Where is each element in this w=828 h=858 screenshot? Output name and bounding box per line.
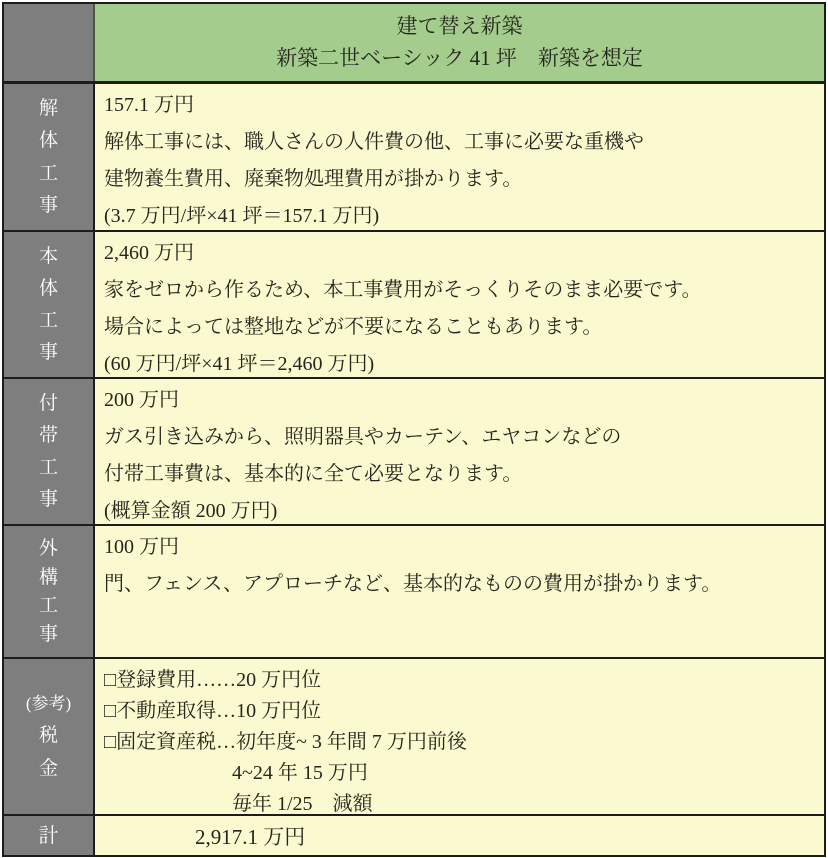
row-label-tax-reference: (参考)税金 [4, 659, 95, 814]
amount-incidental-work: 200 万円 [104, 382, 814, 419]
total-label-text: 計 [39, 826, 59, 846]
tax-item-list: □登録費用……20 万円位□不動産取得…10 万円位□固定資産税…初年度~ 3 … [104, 665, 814, 758]
row-label-demolition: 解体工事 [4, 84, 95, 230]
amount-main-construction: 2,460 万円 [104, 235, 814, 272]
table-row-incidental-work: 付帯工事 200 万円 ガス引き込みから、照明器具やカーテン、エヤコンなどの付帯… [4, 377, 824, 524]
amount-exterior-work: 100 万円 [104, 529, 814, 566]
row-content-tax-reference: □登録費用……20 万円位□不動産取得…10 万円位□固定資産税…初年度~ 3 … [95, 659, 824, 814]
total-amount: 2,917.1 万円 [95, 816, 824, 855]
table-row-total: 計 2,917.1 万円 [4, 814, 824, 855]
header-corner-cell [4, 4, 95, 81]
header-row: 建て替え新築 新築二世ベーシック 41 坪 新築を想定 [4, 4, 824, 82]
description-demolition: 解体工事には、職人さんの人件費の他、工事に必要な重機や建物養生費用、廃棄物処理費… [104, 124, 814, 235]
row-content-main-construction: 2,460 万円 家をゼロから作るため、本工事費用がそっくりそのまま必要です。場… [95, 232, 824, 377]
column-title: 建て替え新築 [95, 10, 824, 42]
table-row-main-construction: 本体工事 2,460 万円 家をゼロから作るため、本工事費用がそっくりそのまま必… [4, 230, 824, 377]
tax-sub-item-list: 4~24 年 15 万円毎年 1/25 減額 [232, 758, 814, 820]
row-content-demolition: 157.1 万円 解体工事には、職人さんの人件費の他、工事に必要な重機や建物養生… [95, 84, 824, 230]
description-main-construction: 家をゼロから作るため、本工事費用がそっくりそのまま必要です。場合によっては整地な… [104, 272, 814, 383]
row-label-exterior-work: 外構工事 [4, 526, 95, 657]
table-row-exterior-work: 外構工事 100 万円 門、フェンス、アプローチなど、基本的なものの費用が掛かり… [4, 524, 824, 657]
row-label-total: 計 [4, 816, 95, 855]
row-label-incidental-work: 付帯工事 [4, 379, 95, 524]
table-row-tax-reference: (参考)税金 □登録費用……20 万円位□不動産取得…10 万円位□固定資産税…… [4, 657, 824, 814]
description-exterior-work: 門、フェンス、アプローチなど、基本的なものの費用が掛かります。 [104, 566, 814, 603]
column-subtitle: 新築二世ベーシック 41 坪 新築を想定 [95, 42, 824, 74]
header-cell: 建て替え新築 新築二世ベーシック 41 坪 新築を想定 [95, 4, 824, 81]
rebuild-cost-table: 建て替え新築 新築二世ベーシック 41 坪 新築を想定 解体工事 157.1 万… [2, 2, 826, 857]
row-content-exterior-work: 100 万円 門、フェンス、アプローチなど、基本的なものの費用が掛かります。 [95, 526, 824, 657]
description-incidental-work: ガス引き込みから、照明器具やカーテン、エヤコンなどの付帯工事費は、基本的に全て必… [104, 419, 814, 530]
amount-demolition: 157.1 万円 [104, 87, 814, 124]
row-content-incidental-work: 200 万円 ガス引き込みから、照明器具やカーテン、エヤコンなどの付帯工事費は、… [95, 379, 824, 524]
row-label-main-construction: 本体工事 [4, 232, 95, 377]
table-row-demolition: 解体工事 157.1 万円 解体工事には、職人さんの人件費の他、工事に必要な重機… [4, 82, 824, 230]
